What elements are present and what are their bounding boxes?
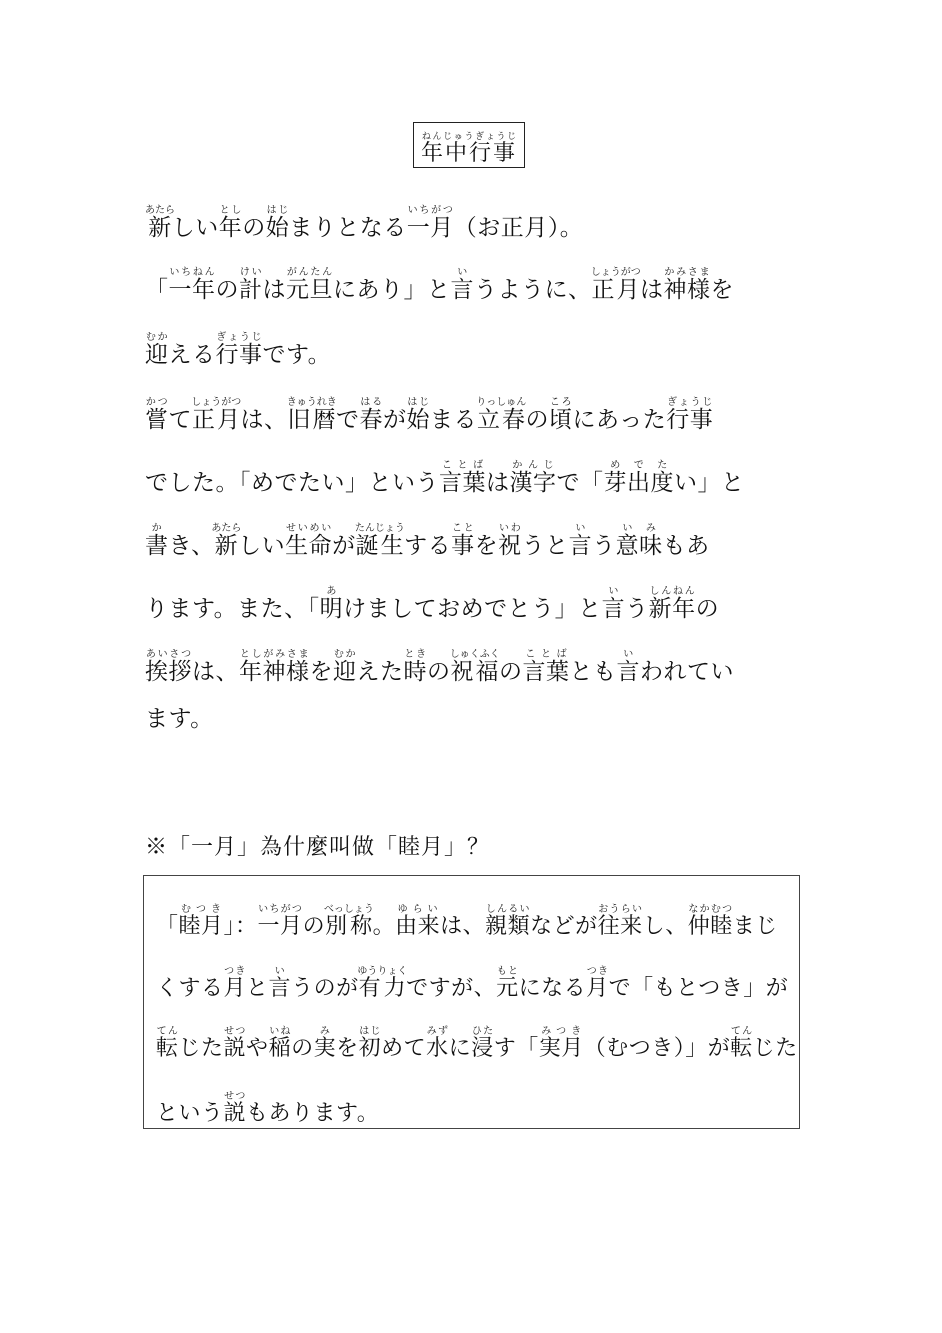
body-line: でした。「めでたい」という言葉ことばは漢字かんじで「芽出度めでたい」と — [145, 460, 745, 495]
ruby-base: 説 — [224, 1101, 247, 1126]
text-run: の — [216, 277, 240, 303]
ruby-base: 漢字 — [510, 470, 557, 496]
text-run: は — [486, 470, 510, 496]
furigana: みず — [426, 1026, 449, 1037]
ruby-base: 正月 — [191, 407, 241, 433]
ruby-base: 迎 — [333, 659, 357, 685]
ruby-word: 漢字かんじ — [510, 470, 557, 496]
ruby-word: 行事ぎょうじ — [666, 407, 713, 433]
text-run: える — [169, 342, 216, 368]
ruby-base: 神様 — [664, 277, 711, 303]
ruby-base: 頃 — [549, 407, 573, 433]
ruby-word: 言葉ことば — [523, 659, 570, 685]
text-run: 。 — [373, 914, 396, 939]
ruby-base: 言葉 — [439, 470, 486, 496]
furigana: とし — [219, 205, 243, 216]
ruby-word: 挨拶あいさつ — [145, 659, 192, 685]
ruby-word: 言い — [617, 659, 641, 685]
ruby-base: 転 — [156, 1036, 179, 1061]
body-line: ります。また、「明あけましておめでとう」と言いう新年しんねんの — [145, 586, 719, 621]
ruby-base: 言 — [269, 976, 292, 1001]
text-run: という — [156, 1101, 224, 1126]
furigana: ぎょうじ — [666, 397, 713, 408]
text-run: で「 — [557, 470, 604, 496]
ruby-word: 実月みつき — [539, 1036, 584, 1061]
ruby-word: 意味いみ — [616, 533, 663, 559]
ruby-base: 月 — [586, 976, 609, 1001]
text-run: とも — [570, 659, 617, 685]
note-line: 「睦月むつき」：一月いちがつの別称べっしょう。由来ゆらいは、親類しんるいなどが往… — [156, 904, 778, 938]
ruby-base: 元旦 — [286, 277, 333, 303]
text-run: の — [696, 596, 720, 622]
text-run: まじ — [733, 914, 778, 939]
body-line: 書かき、新あたらしい生命せいめいが誕生たんじょうする事ことを祝いわうと言いう意味… — [145, 523, 710, 558]
furigana: ことば — [523, 649, 570, 660]
ruby-word: 元もと — [496, 976, 519, 1001]
ruby-base: 明 — [320, 596, 344, 622]
ruby-word: 実み — [314, 1036, 337, 1061]
ruby-word: 稲いね — [269, 1036, 292, 1061]
ruby-base: 祝 — [498, 533, 522, 559]
ruby-word: 正月しょうがつ — [192, 407, 241, 433]
ruby-base: 仲睦 — [688, 914, 733, 939]
ruby-word: 月つき — [586, 976, 609, 1001]
ruby-word: 祝いわ — [498, 533, 522, 559]
text-run: われてい — [640, 659, 734, 685]
title-box: 年中行事ねんじゅうぎょうじ — [413, 122, 525, 168]
ruby-base: 生命 — [285, 533, 332, 559]
furigana: あ — [320, 586, 344, 597]
furigana: ゆうりょく — [357, 966, 407, 977]
text-run: うと — [522, 533, 569, 559]
text-run: は、 — [241, 407, 288, 433]
ruby-word: 言い — [269, 976, 292, 1001]
text-run: す「 — [494, 1036, 539, 1061]
text-run: 」： — [224, 914, 258, 939]
body-line: 挨拶あいさつは、年神様としがみさまを迎むかえた時ときの祝福しゅくふくの言葉ことば… — [145, 649, 734, 684]
body-line: 「一年いちねんの計けいは元旦がんたんにあり」と言いうように、正月しょうがつは神様… — [145, 267, 734, 302]
ruby-word: 言い — [569, 533, 593, 559]
furigana: おうらい — [598, 904, 643, 915]
furigana: けい — [239, 267, 263, 278]
ruby-word: 有力ゆうりょく — [359, 976, 407, 1001]
furigana: はじ — [359, 1026, 382, 1037]
text-run: にあり」と — [333, 277, 451, 303]
ruby-base: 言 — [602, 596, 626, 622]
ruby-base: 嘗 — [145, 407, 169, 433]
furigana: むか — [333, 649, 357, 660]
furigana: めでた — [604, 460, 675, 471]
furigana: いね — [269, 1026, 292, 1037]
text-run: は — [640, 277, 664, 303]
furigana: たんじょう — [355, 523, 405, 534]
furigana: ころ — [549, 397, 573, 408]
furigana: あたら — [211, 523, 241, 534]
ruby-base: 言 — [617, 659, 641, 685]
ruby-word: 説せつ — [224, 1101, 247, 1126]
furigana: かつ — [145, 397, 169, 408]
ruby-base: 春 — [360, 407, 384, 433]
furigana: あたら — [145, 205, 175, 216]
furigana: あいさつ — [145, 649, 192, 660]
text-run: になる — [519, 976, 587, 1001]
ruby-base: 芽出度 — [604, 470, 675, 496]
text-run: し、 — [643, 914, 688, 939]
text-run: う — [625, 596, 649, 622]
furigana: はじ — [266, 205, 290, 216]
furigana: かんじ — [510, 460, 557, 471]
furigana: つき — [224, 966, 247, 977]
note-line: 転てんじた説せつや稲いねの実みを初はじめて水みずに浸ひたす「実月みつき（むつき）… — [156, 1026, 798, 1060]
ruby-base: 言葉 — [523, 659, 570, 685]
furigana: いみ — [616, 523, 663, 534]
ruby-base: 事 — [451, 533, 475, 559]
text-run: （お正月）。 — [454, 215, 584, 241]
ruby-base: 時 — [404, 659, 428, 685]
furigana: むつき — [179, 904, 224, 915]
furigana: ことば — [439, 460, 486, 471]
ruby-word: 春はる — [360, 407, 384, 433]
text-run: 「 — [156, 914, 179, 939]
body-line: 嘗かつて正月しょうがつは、旧暦きゅうれきで春はるが始はじまる立春りっしゅんの頃こ… — [145, 397, 713, 432]
ruby-word: 初はじ — [359, 1036, 382, 1061]
furigana: としがみさま — [239, 649, 310, 660]
note-box: 「睦月むつき」：一月いちがつの別称べっしょう。由来ゆらいは、親類しんるいなどが往… — [143, 875, 800, 1129]
text-run: で — [336, 407, 360, 433]
text-run: えた — [357, 659, 404, 685]
text-run: しい — [172, 215, 219, 241]
text-run: しい — [238, 533, 285, 559]
text-run: い」と — [674, 470, 745, 496]
text-run: が — [383, 407, 407, 433]
furigana: がんたん — [286, 267, 333, 278]
ruby-base: 祝福 — [450, 659, 500, 685]
ruby-base: 一月 — [258, 914, 303, 939]
text-run: は、 — [440, 914, 485, 939]
furigana: ゆらい — [395, 904, 440, 915]
ruby-base: 親類 — [485, 914, 530, 939]
ruby-word: 元旦がんたん — [286, 277, 333, 303]
text-run: を — [336, 1036, 359, 1061]
furigana: しょうがつ — [591, 267, 641, 278]
furigana: い — [617, 649, 641, 660]
ruby-base: 一年 — [169, 277, 216, 303]
ruby-word: 書か — [145, 533, 169, 559]
ruby-base: 水 — [426, 1036, 449, 1061]
furigana: いちがつ — [407, 205, 454, 216]
furigana: しょうがつ — [191, 397, 241, 408]
ruby-word: 時とき — [404, 659, 428, 685]
text-run: ます。 — [145, 706, 214, 732]
ruby-word: 言葉ことば — [439, 470, 486, 496]
ruby-base: 書 — [145, 533, 169, 559]
ruby-base: 誕生 — [355, 533, 405, 559]
text-run: と — [246, 976, 269, 1001]
ruby-word: 年神様としがみさま — [239, 659, 310, 685]
ruby-word: 新あたら — [215, 533, 239, 559]
furigana: か — [145, 523, 169, 534]
text-run: うのが — [291, 976, 359, 1001]
ruby-base: 実 — [314, 1036, 337, 1061]
text-run: き、 — [169, 533, 215, 559]
ruby-word: 由来ゆらい — [395, 914, 440, 939]
ruby-base: 月 — [224, 976, 247, 1001]
furigana: ぎょうじ — [216, 332, 263, 343]
text-run: に — [449, 1036, 472, 1061]
text-run: の — [291, 1036, 314, 1061]
text-run: うように、 — [474, 277, 592, 303]
note-line: という説せつもあります。 — [156, 1091, 379, 1125]
text-run: の — [427, 659, 451, 685]
furigana: い — [269, 966, 292, 977]
ruby-base: 年 — [219, 215, 243, 241]
text-run: にあった — [573, 407, 667, 433]
text-run: です。 — [263, 342, 332, 368]
text-run: じた — [753, 1036, 798, 1061]
text-run: う — [592, 533, 616, 559]
furigana: しんねん — [649, 586, 696, 597]
ruby-base: 一月 — [407, 215, 454, 241]
ruby-word: 浸ひた — [471, 1036, 494, 1061]
ruby-base: 言 — [569, 533, 593, 559]
text-run: で「もとつき」が — [609, 976, 789, 1001]
text-run: まる — [430, 407, 477, 433]
ruby-base: 行事 — [666, 407, 713, 433]
furigana: とき — [404, 649, 428, 660]
ruby-word: 新あたら — [145, 215, 172, 241]
text-run: を — [711, 277, 735, 303]
ruby-word: 一月いちがつ — [258, 914, 303, 939]
furigana: い — [451, 267, 475, 278]
furigana: い — [569, 523, 593, 534]
ruby-base: 始 — [266, 215, 290, 241]
text-run: もあ — [663, 533, 710, 559]
ruby-word: 計けい — [239, 277, 263, 303]
ruby-base: 別称 — [324, 914, 374, 939]
page-title: 年中行事ねんじゅうぎょうじ — [421, 132, 517, 167]
ruby-word: 始はじ — [407, 407, 431, 433]
body-line: 迎むかえる行事ぎょうじです。 — [145, 332, 331, 367]
furigana: しゅくふく — [450, 649, 500, 660]
title-text: 年中行事 — [421, 141, 517, 166]
ruby-base: 由来 — [395, 914, 440, 939]
ruby-base: 浸 — [471, 1036, 494, 1061]
furigana: しんるい — [485, 904, 530, 915]
text-run: （むつき）」が — [584, 1036, 731, 1061]
ruby-word: 生命せいめい — [285, 533, 332, 559]
ruby-word: 言い — [451, 277, 475, 303]
ruby-word: 誕生たんじょう — [356, 533, 405, 559]
ruby-word: 仲睦なかむつ — [688, 914, 733, 939]
furigana: みつき — [539, 1026, 584, 1037]
ruby-word: 別称べっしょう — [325, 914, 373, 939]
ruby-base: 計 — [239, 277, 263, 303]
body-line: ます。 — [145, 708, 214, 731]
furigana: かみさま — [664, 267, 711, 278]
ruby-word: 親類しんるい — [485, 914, 530, 939]
ruby-base: 実月 — [539, 1036, 584, 1061]
ruby-base: 年神様 — [239, 659, 310, 685]
furigana: いわ — [498, 523, 522, 534]
ruby-base: 行事 — [216, 342, 263, 368]
ruby-word: 嘗かつ — [145, 407, 169, 433]
ruby-base: 新年 — [649, 596, 696, 622]
furigana: ひた — [471, 1026, 494, 1037]
furigana: せつ — [224, 1026, 247, 1037]
ruby-word: 新年しんねん — [649, 596, 696, 622]
ruby-base: 挨拶 — [145, 659, 192, 685]
ruby-word: 明あ — [320, 596, 344, 622]
furigana: りっしゅん — [476, 397, 526, 408]
ruby-base: 旧暦 — [287, 407, 337, 433]
text-run: て — [169, 407, 193, 433]
ruby-word: 始はじ — [266, 215, 290, 241]
text-run: は — [263, 277, 287, 303]
ruby-word: 転てん — [156, 1036, 179, 1061]
text-run: が — [332, 533, 356, 559]
ruby-word: 往来おうらい — [598, 914, 643, 939]
ruby-word: 迎むか — [333, 659, 357, 685]
ruby-base: 往来 — [598, 914, 643, 939]
ruby-base: 迎 — [145, 342, 169, 368]
ruby-base: 言 — [451, 277, 475, 303]
furigana: い — [602, 586, 626, 597]
furigana: てん — [730, 1026, 753, 1037]
ruby-word: 行事ぎょうじ — [216, 342, 263, 368]
text-run: 「 — [145, 277, 169, 303]
text-run: めて — [381, 1036, 426, 1061]
text-run: じた — [179, 1036, 224, 1061]
text-run: の — [499, 659, 523, 685]
ruby-base: 元 — [496, 976, 519, 1001]
ruby-base: 意味 — [616, 533, 663, 559]
text-run: や — [246, 1036, 269, 1061]
ruby-base: 新 — [211, 533, 241, 559]
ruby-word: 立春りっしゅん — [477, 407, 526, 433]
ruby-base: 立春 — [476, 407, 526, 433]
ruby-base: 始 — [407, 407, 431, 433]
ruby-word: 睦月むつき — [179, 914, 224, 939]
ruby-base: 有力 — [357, 976, 407, 1001]
furigana: つき — [586, 966, 609, 977]
ruby-word: 説せつ — [224, 1036, 247, 1061]
text-run: くする — [156, 976, 224, 1001]
ruby-base: 睦月 — [179, 914, 224, 939]
text-run: でした。「めでたい」という — [145, 470, 439, 496]
ruby-base: 正月 — [591, 277, 641, 303]
note-line: くする月つきと言いうのが有力ゆうりょくですが、元もとになる月つきで「もとつき」が — [156, 966, 788, 1000]
ruby-word: 芽出度めでた — [604, 470, 675, 496]
text-run: は、 — [192, 659, 239, 685]
text-run: などが — [530, 914, 598, 939]
text-run: を — [475, 533, 499, 559]
body-line: 新あたらしい年としの始はじまりとなる一月いちがつ（お正月）。 — [145, 205, 583, 240]
furigana: せいめい — [285, 523, 332, 534]
furigana: なかむつ — [688, 904, 733, 915]
ruby-word: 正月しょうがつ — [592, 277, 641, 303]
furigana: べっしょう — [324, 904, 374, 915]
text-run: もあります。 — [246, 1101, 379, 1126]
furigana: み — [314, 1026, 337, 1037]
ruby-base: 新 — [145, 215, 175, 241]
ruby-word: 月つき — [224, 976, 247, 1001]
furigana: はじ — [407, 397, 431, 408]
furigana: はる — [360, 397, 384, 408]
text-run: の — [303, 914, 326, 939]
text-run: する — [404, 533, 451, 559]
text-run: の — [526, 407, 550, 433]
document-page: 年中行事ねんじゅうぎょうじ 新あたらしい年としの始はじまりとなる一月いちがつ（お… — [0, 0, 942, 1333]
ruby-word: 迎むか — [145, 342, 169, 368]
ruby-word: 年とし — [219, 215, 243, 241]
furigana: いちがつ — [258, 904, 303, 915]
text-run: まりとなる — [289, 215, 407, 241]
ruby-word: 祝福しゅくふく — [451, 659, 500, 685]
furigana: いちねん — [169, 267, 216, 278]
furigana: もと — [496, 966, 519, 977]
text-run: ですが、 — [406, 976, 496, 1001]
ruby-word: 頃ころ — [549, 407, 573, 433]
furigana: てん — [156, 1026, 179, 1037]
title-furigana: ねんじゅうぎょうじ — [421, 132, 517, 142]
text-run: ります。また、「 — [145, 596, 320, 622]
furigana: こと — [451, 523, 475, 534]
ruby-word: 神様かみさま — [664, 277, 711, 303]
ruby-word: 一月いちがつ — [407, 215, 454, 241]
ruby-base: 転 — [730, 1036, 753, 1061]
furigana: せつ — [224, 1091, 247, 1102]
ruby-word: 言い — [602, 596, 626, 622]
ruby-word: 一年いちねん — [169, 277, 216, 303]
ruby-word: 事こと — [451, 533, 475, 559]
question-heading: ※「一月」為什麼叫做「睦月」？ — [145, 830, 490, 861]
text-run: を — [310, 659, 334, 685]
ruby-base: 初 — [359, 1036, 382, 1061]
furigana: むか — [145, 332, 169, 343]
furigana: きゅうれき — [287, 397, 337, 408]
ruby-base: 稲 — [269, 1036, 292, 1061]
text-run: の — [242, 215, 266, 241]
ruby-word: 水みず — [426, 1036, 449, 1061]
ruby-word: 転てん — [730, 1036, 753, 1061]
text-run: けましておめでとう」と — [343, 596, 602, 622]
ruby-base: 説 — [224, 1036, 247, 1061]
ruby-word: 旧暦きゅうれき — [288, 407, 337, 433]
